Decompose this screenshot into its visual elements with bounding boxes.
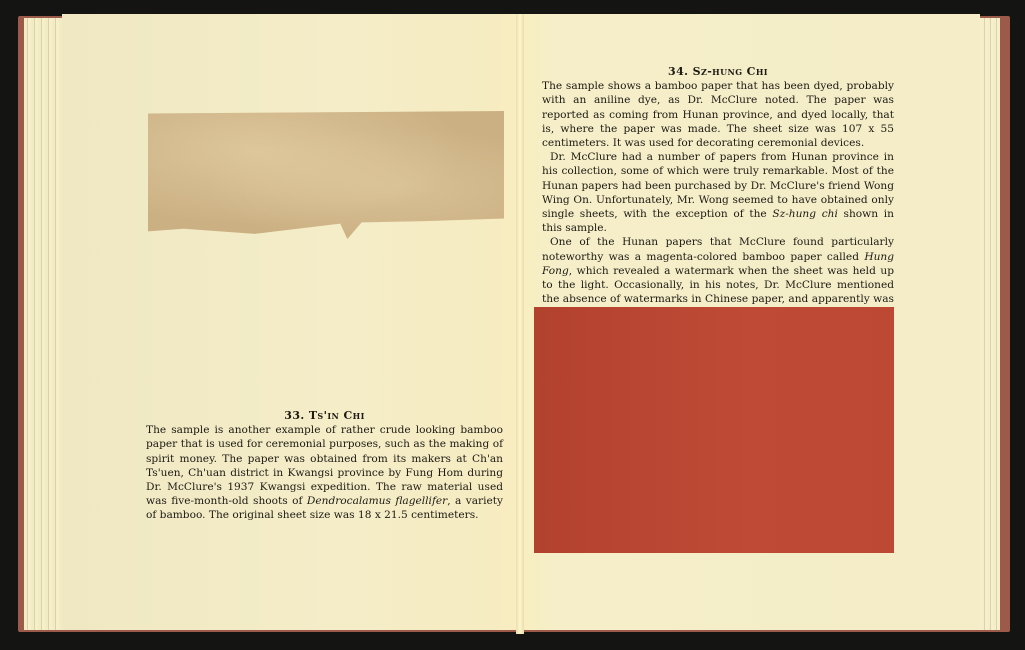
left-paragraph: The sample is another example of rather … [146,423,503,522]
left-heading: 33. Ts'in Chi [146,409,503,423]
right-heading: 34. Sz-hung Chi [542,65,894,79]
tan-paper-sample [148,111,504,239]
species-name: Dendrocalamus flagellifer [307,495,447,507]
page-edges-left [24,18,64,630]
right-paragraph-2: Dr. McClure had a number of papers from … [542,150,894,235]
left-page [62,14,520,630]
left-caption: 33. Ts'in Chi The sample is another exam… [146,409,503,523]
book-gutter [516,14,524,634]
right-paragraph-1: The sample shows a bamboo paper that has… [542,79,894,150]
red-paper-sample [534,307,894,553]
